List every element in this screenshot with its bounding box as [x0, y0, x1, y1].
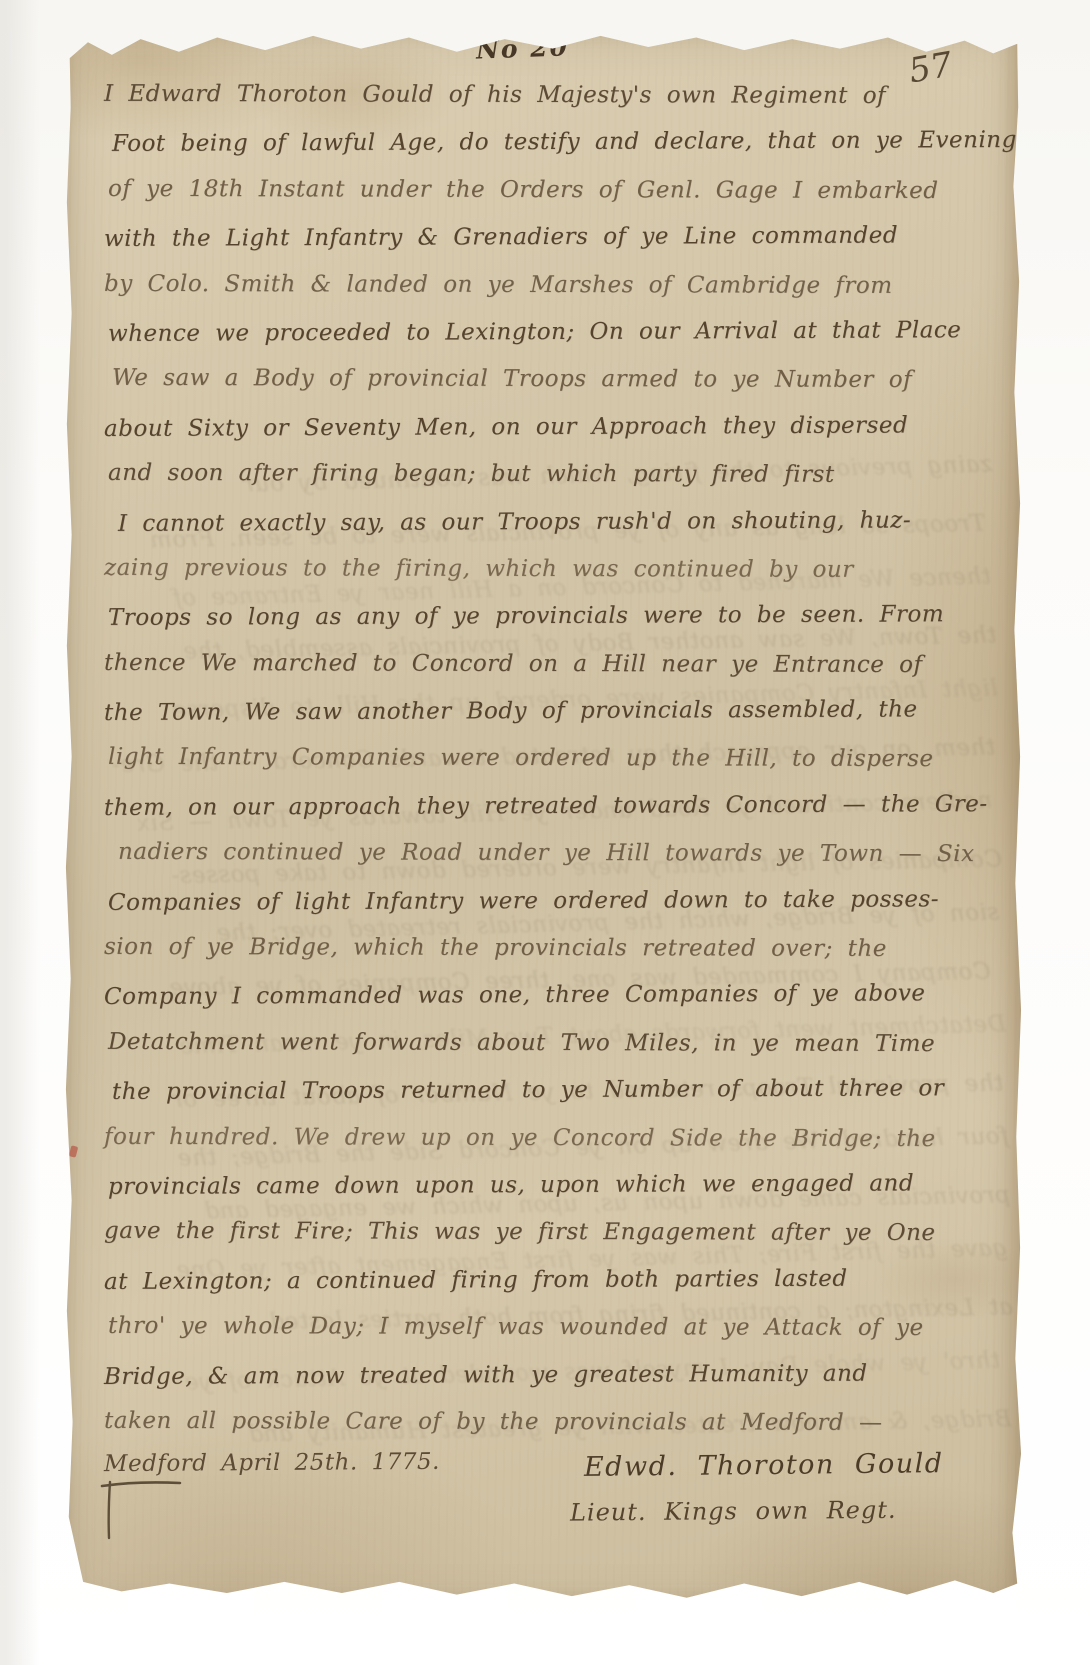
manuscript-line: whence we proceeded to Lexington; On our… — [108, 307, 996, 358]
manuscript-lines: I Edward Thoroton Gould of his Majesty's… — [104, 72, 996, 1446]
manuscript-line: nadiers continued ye Road under ye Hill … — [118, 829, 996, 879]
signature-name: Edwd. Thoroton Gould — [584, 1448, 944, 1483]
manuscript-line: I cannot exactly say, as our Troops rush… — [118, 497, 996, 548]
manuscript-line: taken all possible Care of by the provin… — [104, 1398, 996, 1448]
manuscript-line: them, on our approach they retreated tow… — [104, 781, 996, 832]
manuscript-line: I Edward Thoroton Gould of his Majesty's… — [104, 71, 996, 121]
manuscript-line: about Sixty or Seventy Men, on our Appro… — [104, 402, 996, 453]
manuscript-line: sion of ye Bridge, which the provincials… — [104, 924, 996, 974]
closing-block: Medford April 25th. 1775. Edwd. Thoroton… — [104, 1450, 996, 1525]
manuscript-line: Troops so long as any of ye provincials … — [108, 591, 996, 642]
manuscript-line: at Lexington; a continued firing from bo… — [104, 1255, 996, 1306]
manuscript-line: light Infantry Companies were ordered up… — [108, 734, 996, 784]
manuscript-line: gave the first Fire; This was ye first E… — [104, 1208, 996, 1258]
manuscript-text: I Edward Thoroton Gould of his Majesty's… — [104, 72, 996, 1525]
manuscript-page: zaing previous to the firing, which was … — [64, 28, 1022, 1612]
manuscript-line: of ye 18th Instant under the Orders of G… — [108, 166, 996, 216]
manuscript-line: the provincial Troops returned to ye Num… — [112, 1065, 996, 1116]
manuscript-line: Foot being of lawful Age, do testify and… — [112, 117, 996, 168]
red-stain — [69, 1145, 78, 1157]
signature-title: Lieut. Kings own Regt. — [570, 1496, 944, 1527]
manuscript-line: four hundred. We drew up on ye Concord S… — [104, 1113, 996, 1163]
manuscript-line: provincials came down upon us, upon whic… — [108, 1160, 996, 1211]
signature-block: Edwd. Thoroton Gould Lieut. Kings own Re… — [584, 1450, 944, 1525]
manuscript-line: Company I commanded was one, three Compa… — [104, 970, 996, 1021]
manuscript-line: Bridge, & am now treated with ye greates… — [104, 1350, 996, 1401]
manuscript-line: and soon after firing began; but which p… — [108, 450, 996, 500]
manuscript-line: the Town, We saw another Body of provinc… — [104, 686, 996, 737]
manuscript-line: Companies of light Infantry were ordered… — [108, 876, 996, 927]
manuscript-line: thence We marched to Concord on a Hill n… — [104, 640, 996, 690]
manuscript-line: We saw a Body of provincial Troops armed… — [112, 355, 996, 405]
manuscript-line: zaing previous to the firing, which was … — [104, 545, 996, 595]
manuscript-line: by Colo. Smith & landed on ye Marshes of… — [104, 260, 996, 310]
doc-number: No 20 — [475, 32, 569, 64]
pen-mark-icon — [96, 1474, 192, 1546]
scan-background: zaing previous to the firing, which was … — [0, 0, 1090, 1665]
manuscript-line: thro' ye whole Day; I myself was wounded… — [108, 1303, 996, 1353]
manuscript-line: Detatchment went forwards about Two Mile… — [108, 1019, 996, 1069]
manuscript-line: with the Light Infantry & Grenadiers of … — [104, 212, 996, 263]
